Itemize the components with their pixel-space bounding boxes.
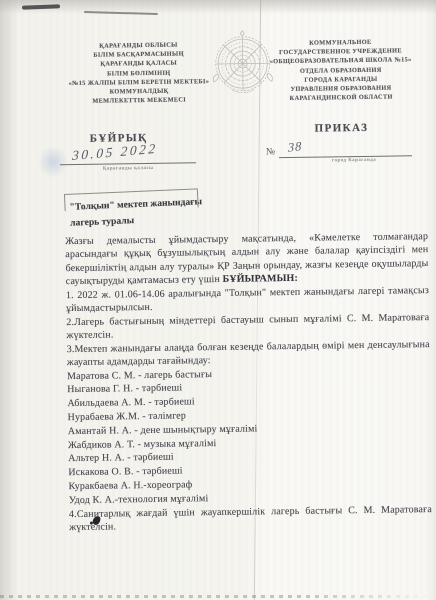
- number-sign: №: [266, 147, 275, 157]
- subject-frame: "Толқын" мектеп жанындағы лагерь туралы: [64, 188, 200, 235]
- date-underline: 30.05 2022: [60, 141, 196, 165]
- handwritten-date: 30.05 2022: [72, 141, 158, 164]
- order-number-block: № 38 город Караганда: [264, 141, 414, 143]
- document-content: ҚАРАҒАНДЫ ОБЛЫСЫ БІЛІМ БАСҚАРМАСЫНЫҢ ҚАР…: [0, 0, 436, 600]
- staff-list: Маратова С. М. - лагерь бастығы Ныганова…: [67, 365, 432, 508]
- order-item-4: 4.Санитарлық жағдай үшін жауапкершілік л…: [69, 503, 432, 535]
- preamble-paragraph: Жазғы демалысты ұйымдастыру мақсатында, …: [65, 230, 429, 289]
- place-label-kazakh: Қарағанды қаласы: [60, 165, 196, 172]
- letterhead-kazakh: ҚАРАҒАНДЫ ОБЛЫСЫ БІЛІМ БАСҚАРМАСЫНЫҢ ҚАР…: [42, 40, 235, 107]
- order-date-block: 30.05 2022 Қарағанды қаласы: [60, 141, 196, 171]
- order-title-russian: ПРИКАЗ: [315, 122, 369, 135]
- letterhead-line: КАРАГАНДИНСКОЙ ОБЛАСТИ: [257, 92, 425, 104]
- order-verb-bold: БҰЙЫРАМЫН:: [223, 273, 299, 285]
- scanned-order-document: ҚАРАҒАНДЫ ОБЛЫСЫ БІЛІМ БАСҚАРМАСЫНЫҢ ҚАР…: [0, 0, 436, 600]
- handwritten-number: 38: [288, 139, 303, 156]
- place-label-russian: город Караганда: [304, 157, 404, 163]
- order-body: Жазғы демалысты ұйымдастыру мақсатында, …: [65, 230, 432, 534]
- letterhead-line: МЕМЛЕКЕТТІК МЕКЕМЕСІ: [43, 95, 235, 107]
- letterhead-russian: КОММУНАЛЬНОЕ ГОСУДАРСТВЕННОЕ УЧРЕЖДЕНИЕ …: [256, 37, 425, 104]
